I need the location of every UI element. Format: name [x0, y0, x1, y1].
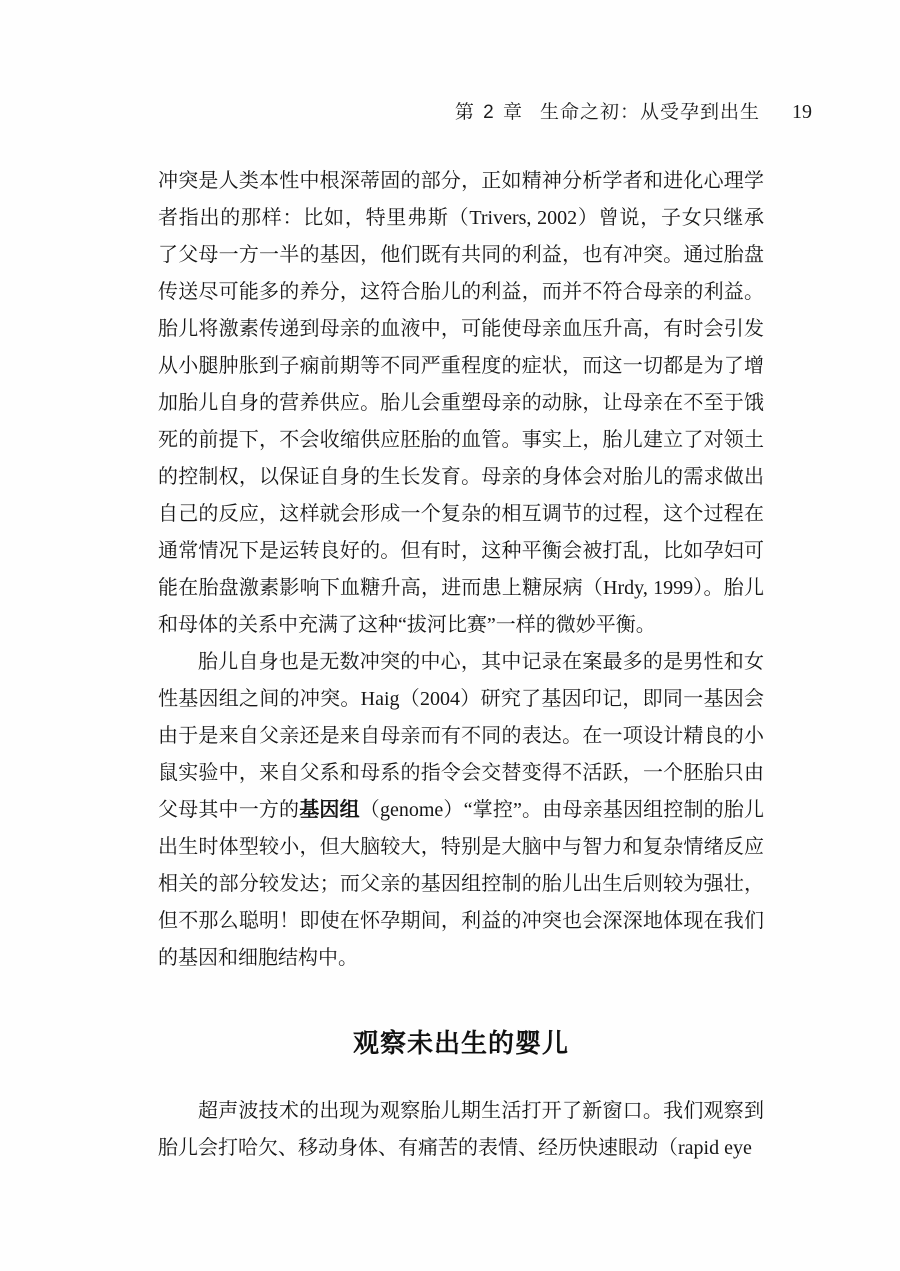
paragraph-fetus-conflict-text-cont: （genome）“掌控”。由母亲基因组控制的胎儿出生时体型较小，但大脑较大，特别…	[158, 799, 764, 969]
paragraph-ultrasound: 超声波技术的出现为观察胎儿期生活打开了新窗口。我们观察到胎儿会打哈欠、移动身体、…	[158, 1093, 764, 1167]
page-number: 19	[792, 101, 812, 124]
page-body: 冲突是人类本性中根深蒂固的部分，正如精神分析学者和进化心理学者指出的那样：比如，…	[158, 163, 764, 1167]
page-header: 第 2 章 生命之初：从受孕到出生 19	[158, 97, 812, 124]
section-heading-observing-unborn-baby: 观察未出生的婴儿	[158, 1025, 764, 1061]
book-page: 第 2 章 生命之初：从受孕到出生 19 冲突是人类本性中根深蒂固的部分，正如精…	[0, 0, 900, 1271]
chapter-label: 第 2 章	[455, 97, 524, 124]
paragraph-fetus-conflict: 胎儿自身也是无数冲突的中心，其中记录在案最多的是男性和女性基因组之间的冲突。Ha…	[158, 644, 764, 977]
chapter-title: 生命之初：从受孕到出生	[540, 97, 760, 124]
paragraph-conflict-continuation: 冲突是人类本性中根深蒂固的部分，正如精神分析学者和进化心理学者指出的那样：比如，…	[158, 163, 764, 644]
paragraph-fetus-conflict-text: 胎儿自身也是无数冲突的中心，其中记录在案最多的是男性和女性基因组之间的冲突。Ha…	[158, 651, 764, 821]
bold-term-genome: 基因组	[299, 799, 360, 821]
